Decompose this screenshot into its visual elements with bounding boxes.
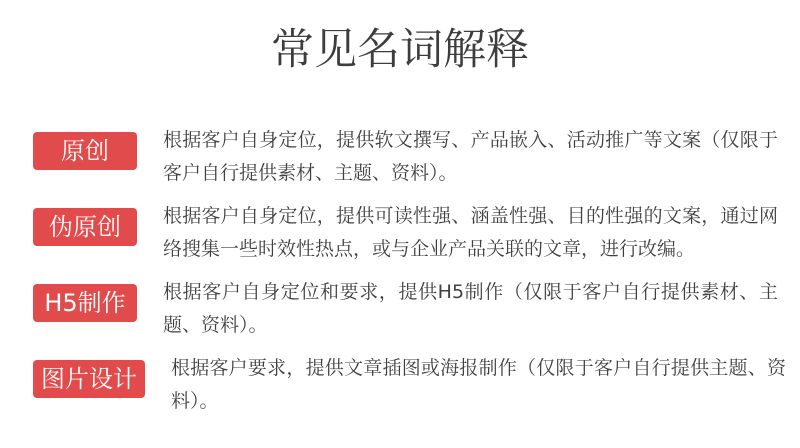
term-description: 根据客户要求，提供文章插图或海报制作（仅限于客户自行提供主题、资料）。 — [171, 352, 786, 418]
glossary-page: 常见名词解释 原创 根据客户自身定位，提供软文撰写、产品嵌入、活动推广等文案（仅… — [0, 0, 800, 448]
list-item: H5制作 根据客户自身定位和要求，提供H5制作（仅限于客户自行提供素材、主题、资… — [0, 276, 800, 342]
list-item: 图片设计 根据客户要求，提供文章插图或海报制作（仅限于客户自行提供主题、资料）。 — [0, 352, 800, 418]
list-item: 原创 根据客户自身定位，提供软文撰写、产品嵌入、活动推广等文案（仅限于客户自行提… — [0, 124, 800, 190]
term-badge: 伪原创 — [33, 208, 137, 246]
term-description: 根据客户自身定位，提供可读性强、涵盖性强、目的性强的文案，通过网络搜集一些时效性… — [163, 200, 778, 266]
term-description: 根据客户自身定位和要求，提供H5制作（仅限于客户自行提供素材、主题、资料）。 — [163, 276, 778, 342]
list-item: 伪原创 根据客户自身定位，提供可读性强、涵盖性强、目的性强的文案，通过网络搜集一… — [0, 200, 800, 266]
term-badge: H5制作 — [33, 284, 137, 322]
term-badge: 原创 — [33, 132, 137, 170]
page-title: 常见名词解释 — [0, 0, 800, 74]
term-badge: 图片设计 — [33, 360, 145, 398]
glossary-list: 原创 根据客户自身定位，提供软文撰写、产品嵌入、活动推广等文案（仅限于客户自行提… — [0, 124, 800, 418]
term-description: 根据客户自身定位，提供软文撰写、产品嵌入、活动推广等文案（仅限于客户自行提供素材… — [163, 124, 778, 190]
